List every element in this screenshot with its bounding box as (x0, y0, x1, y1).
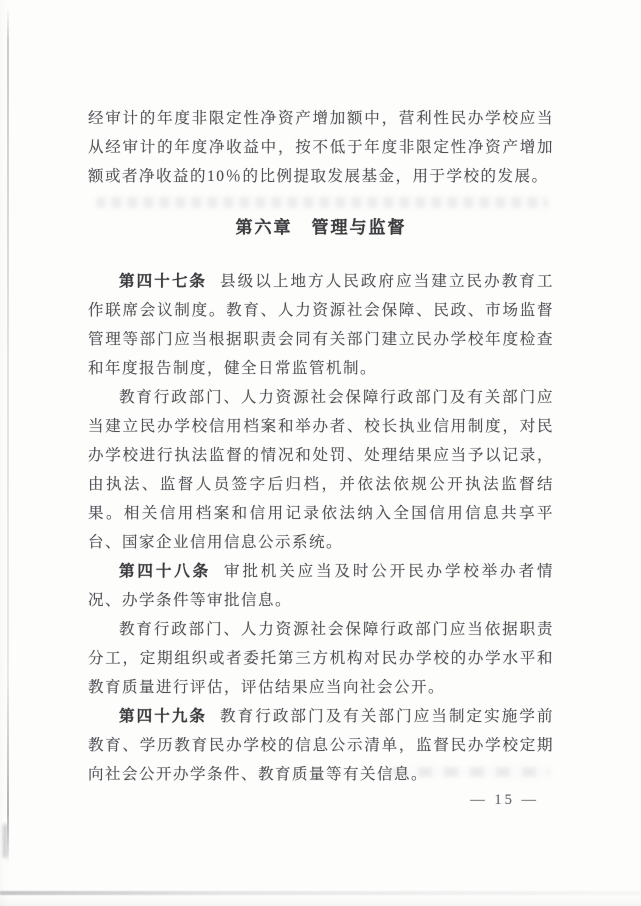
document-page: 经审计的年度非限定性净资产增加额中，营利性民办学校应当从经审计的年度净收益中，按… (0, 0, 641, 906)
article-paragraph: 第四十八条审批机关应当及时公开民办学校举办者情况、办学条件等审批信息。 (88, 557, 554, 615)
article-paragraph: 第四十七条县级以上地方人民政府应当建立民办教育工作联席会议制度。教育、人力资源社… (88, 267, 554, 383)
article-number: 第四十八条 (119, 563, 211, 580)
page-number: — 15 — (470, 792, 539, 809)
paragraph-text: 教育行政部门、人力资源社会保障行政部门及有关部门应当建立民办学校信用档案和举办者… (88, 389, 554, 551)
scan-corner-smudge (3, 824, 7, 858)
article-number: 第四十九条 (119, 708, 207, 725)
document-body: 经审计的年度非限定性净资产增加额中，营利性民办学校应当从经审计的年度净收益中，按… (88, 104, 554, 789)
chapter-heading: 第六章 管理与监督 (88, 213, 554, 243)
continuation-paragraph: 经审计的年度非限定性净资产增加额中，营利性民办学校应当从经审计的年度净收益中，按… (88, 104, 554, 191)
article-paragraph: 第四十九条教育行政部门及有关部门应当制定实施学前教育、学历教育民办学校的信息公示… (88, 702, 554, 789)
body-paragraph: 教育行政部门、人力资源社会保障行政部门及有关部门应当建立民办学校信用档案和举办者… (88, 383, 554, 557)
body-paragraph: 教育行政部门、人力资源社会保障行政部门应当依据职责分工，定期组织或者委托第三方机… (88, 615, 554, 702)
scan-left-edge-line (7, 8, 9, 864)
scan-bottom-streak (0, 891, 641, 895)
paragraph-text: 教育行政部门、人力资源社会保障行政部门应当依据职责分工，定期组织或者委托第三方机… (88, 621, 554, 696)
article-number: 第四十七条 (119, 273, 207, 290)
